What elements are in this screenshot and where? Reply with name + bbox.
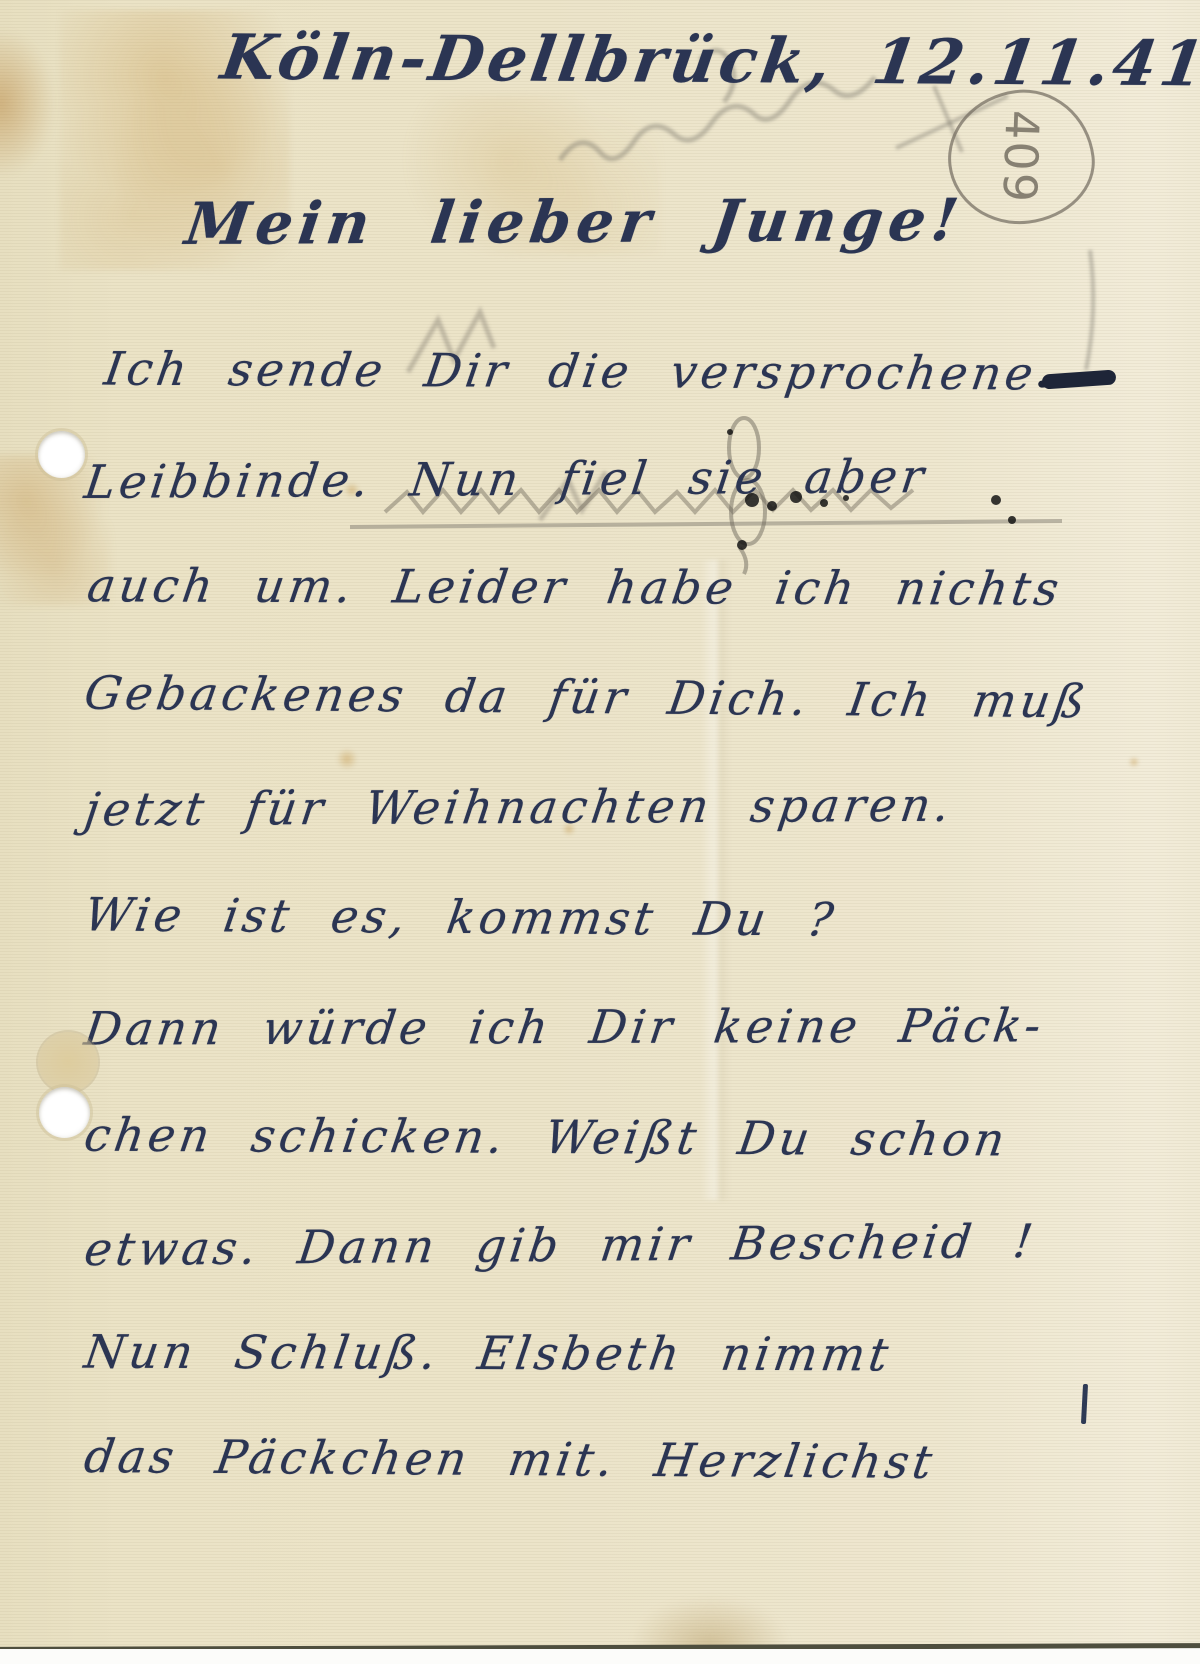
letter-body-line: Ich sende Dir die versprochene — [101, 342, 1040, 401]
letter-body-line: das Päckchen mit. Herzlichst — [81, 1429, 939, 1489]
scanned-letter-page: 409 Köln-Dellbrück, 12.11.41. Mein liebe… — [0, 0, 1200, 1664]
letter-body-line: jetzt für Weihnachten sparen. — [81, 778, 956, 837]
stain-spot — [336, 748, 358, 770]
paper-crease — [700, 560, 730, 1200]
punch-hole-top — [38, 431, 85, 478]
letter-body-line: Wie ist es, kommst Du ? — [81, 887, 841, 946]
letter-body-line: chen schicken. Weißt Du schon — [81, 1108, 1012, 1167]
letter-body-line: etwas. Dann gib mir Bescheid ! — [81, 1214, 1039, 1276]
letter-salutation: Mein lieber Junge! — [181, 186, 968, 258]
punch-hole-bottom — [39, 1087, 90, 1138]
reinforcement-patch — [38, 1032, 98, 1092]
letter-body-line: auch um. Leider habe ich nichts — [84, 558, 1066, 615]
archive-number: 409 — [992, 109, 1049, 205]
stain-spot — [1128, 756, 1140, 768]
letter-body-line: Dann würde ich Dir keine Päck- — [81, 998, 1048, 1055]
letter-place-date: Köln-Dellbrück, 12.11.41. — [217, 21, 1200, 101]
letter-body-line: Nun Schluß. Elsbeth nimmt — [81, 1325, 895, 1382]
letter-body-line: Leibbinde. Nun fiel sie aber — [81, 449, 930, 509]
letter-body-line: Gebackenes da für Dich. Ich muß — [81, 666, 1093, 729]
scanner-background — [0, 1649, 1200, 1664]
